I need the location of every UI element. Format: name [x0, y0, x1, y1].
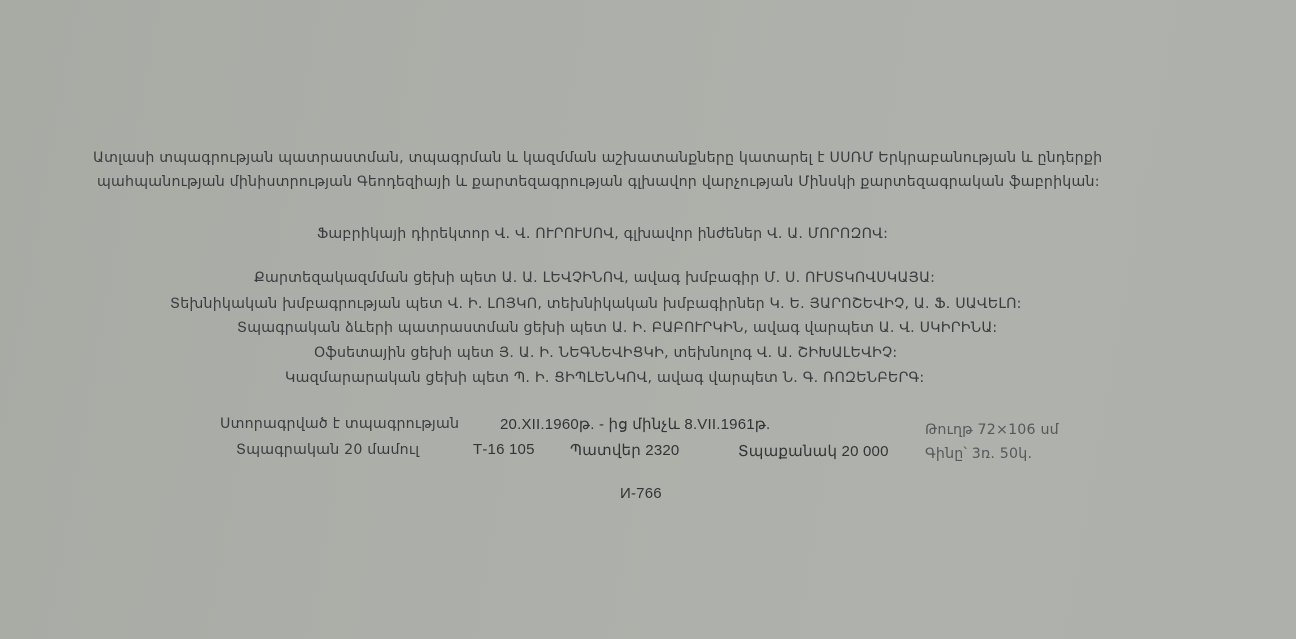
- order-number: Պատվեր 2320: [570, 441, 679, 459]
- intro-line-1: Ատլասի տպագրության պատրաստման, տպագրման …: [93, 150, 1102, 166]
- intro-line-2: պահպանության մինիստրության Գեոդեզիայի և …: [97, 174, 1100, 190]
- staff-line-4: Օֆսետային ցեխի պետ Յ. Ա. Ի. ՆԵԳՆԵՎԻՑԿԻ, …: [314, 345, 897, 361]
- printed-sheets: Տպագրական 20 մամուլ: [236, 442, 419, 458]
- catalog-code: Т-16 105: [473, 441, 535, 458]
- colophon-page: Ատլասի տպագրության պատրաստման, տպագրման …: [0, 0, 1296, 639]
- print-run: Տպաքանակ 20 000: [738, 442, 889, 460]
- staff-line-3: Տպագրական ձևերի պատրաստման ցեխի պետ Ա. Ի…: [237, 320, 997, 336]
- staff-line-2: Տեխնիկական խմբագրության պետ Վ. Ի. ԼՈՅԿՈ,…: [170, 296, 1022, 312]
- director-line: Ֆաբրիկայի դիրեկտոր Վ. Վ. ՈՒՐՈՒՍՈՎ, գլխավ…: [317, 226, 888, 242]
- price: Գինը՝ 3ռ. 50կ.: [925, 446, 1032, 462]
- index-code: И-766: [620, 485, 662, 502]
- staff-line-1: Քարտեզակազմման ցեխի պետ Ա. Ա. ԼԵՎՉԻՆՈՎ, …: [254, 270, 935, 286]
- signed-label: Ստորագրված է տպագրության: [220, 416, 459, 432]
- paper-format: Թուղթ 72×106 սմ: [925, 422, 1059, 438]
- signed-dates: 20.XII.1960թ. - ից մինչև 8.VII.1961թ.: [500, 415, 770, 433]
- staff-line-5: Կազմարարական ցեխի պետ Պ. Ի. ՑԻՊԼԵՆԿՈՎ, ա…: [285, 370, 924, 386]
